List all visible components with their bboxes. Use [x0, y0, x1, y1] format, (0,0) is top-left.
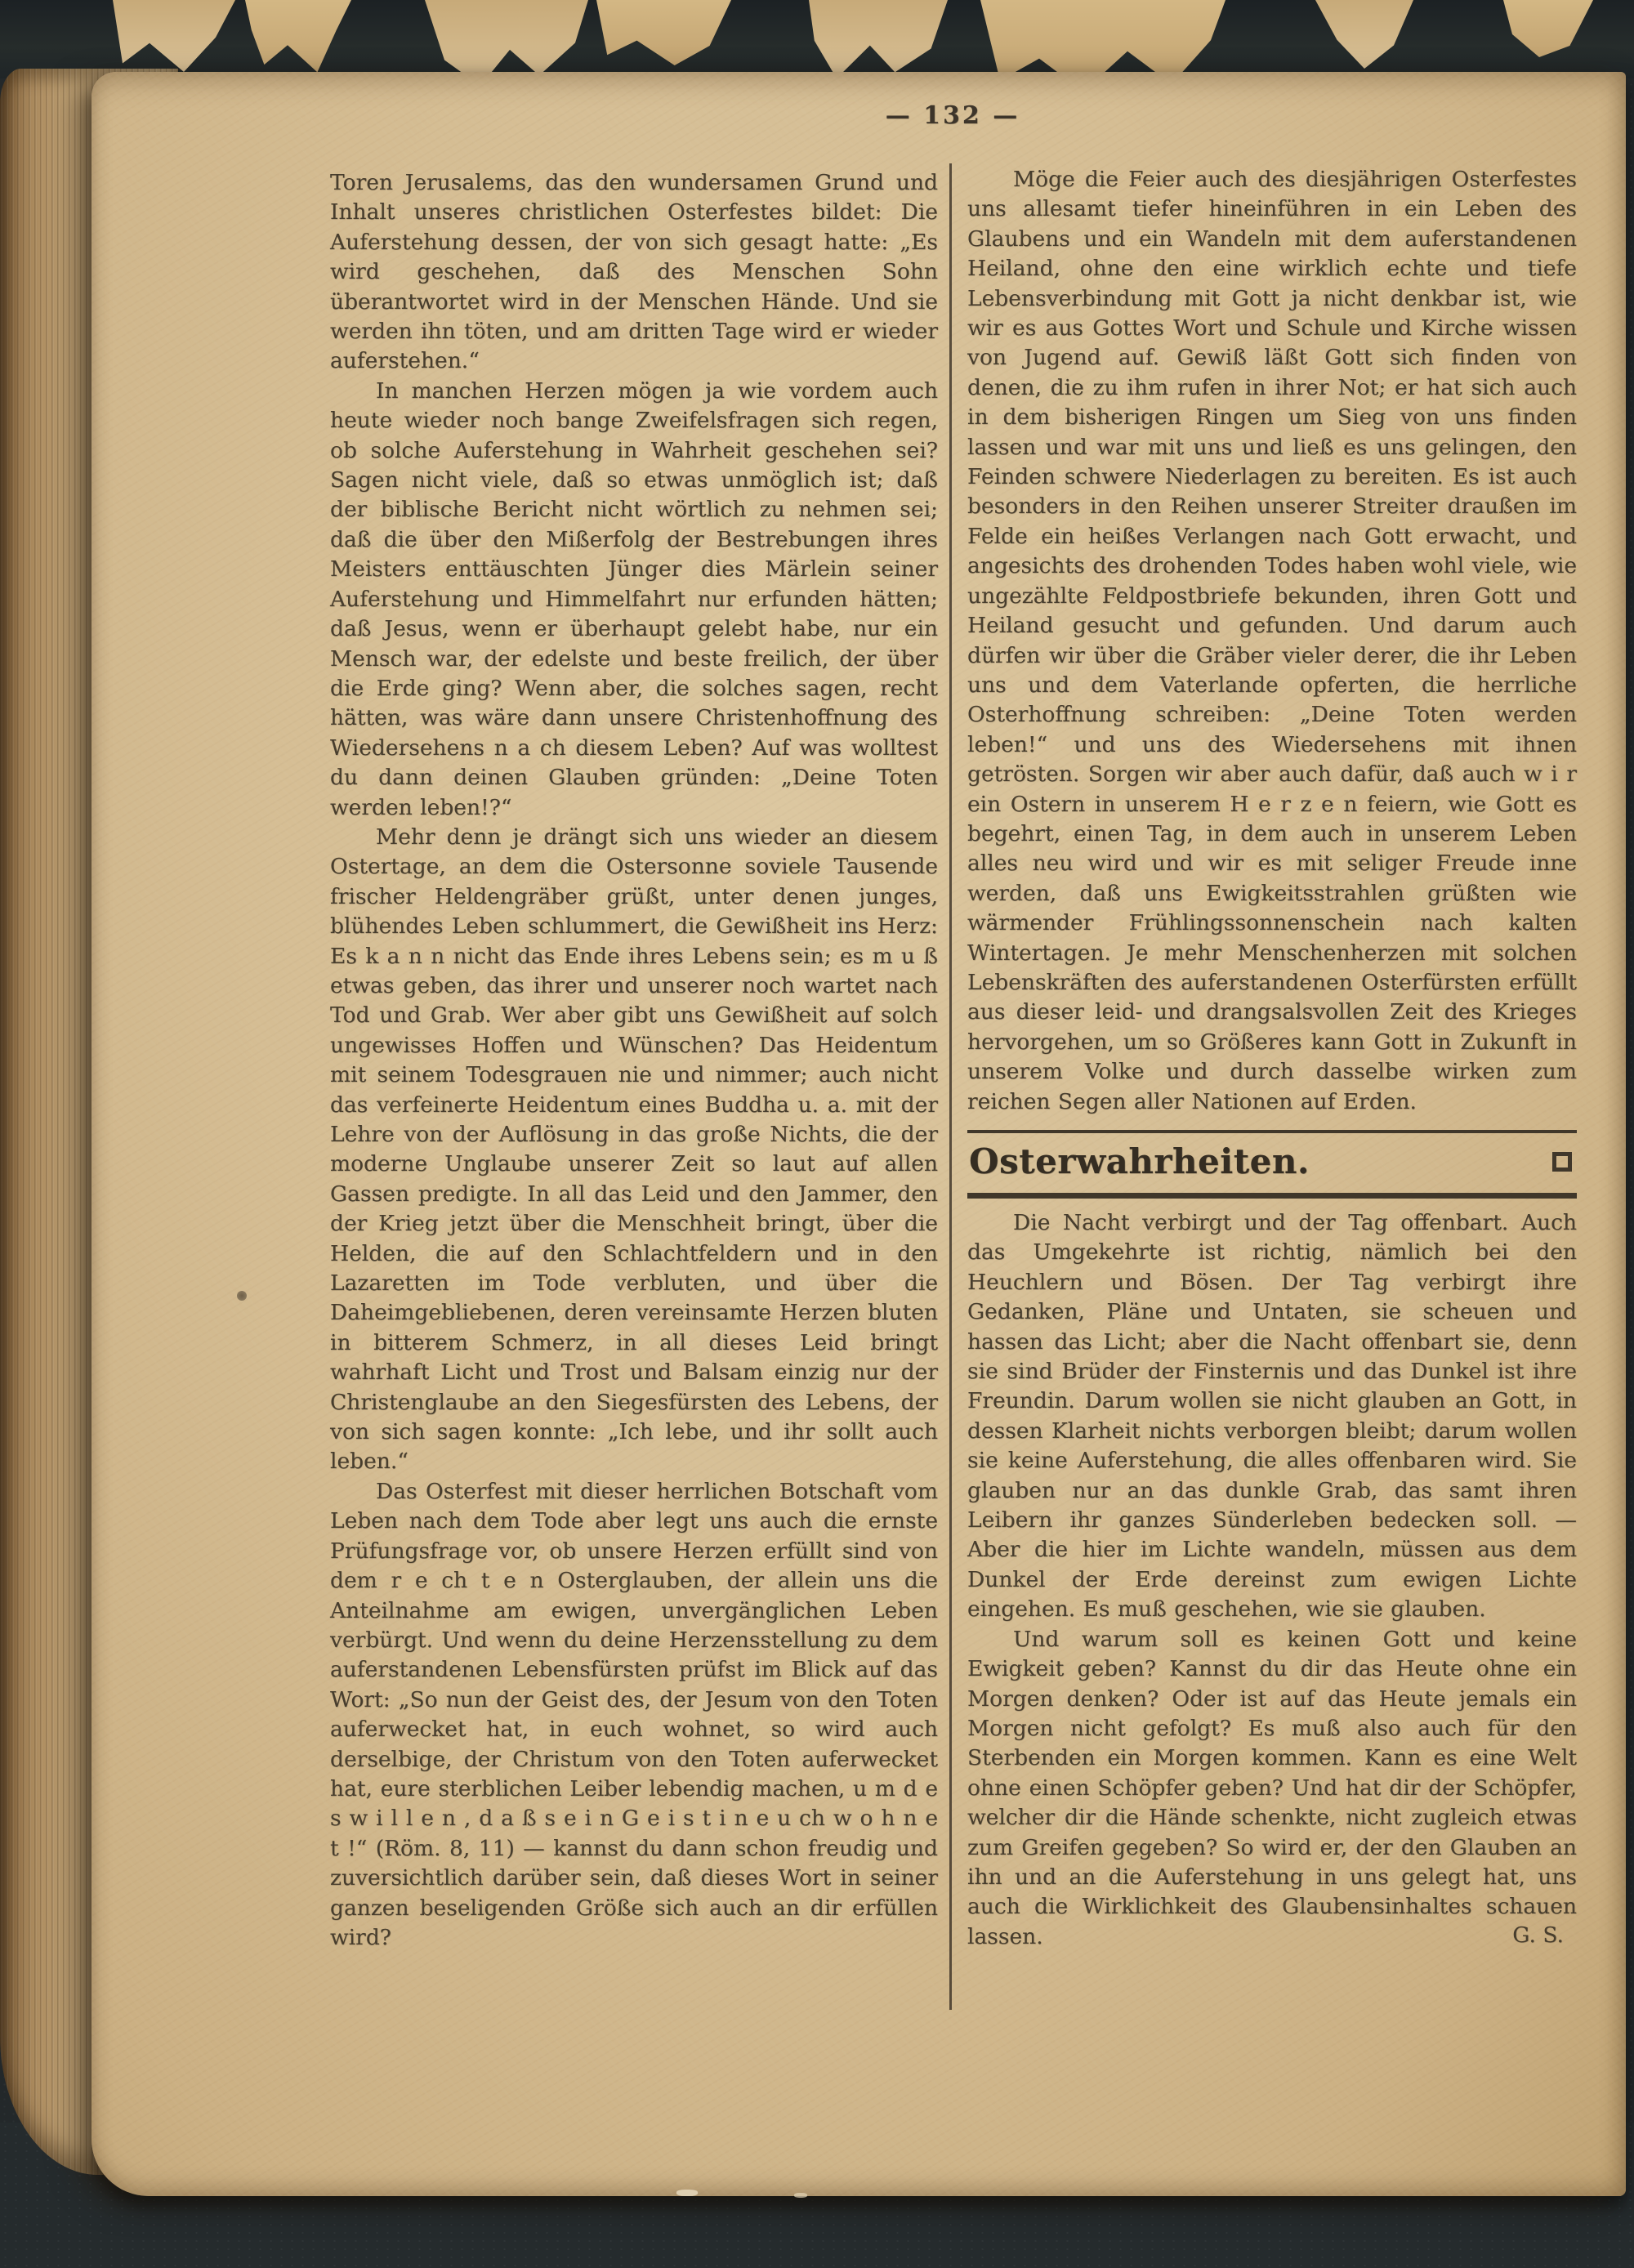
- book-scan: — 132 — Toren Jerusalems, das den wunder…: [0, 0, 1634, 2268]
- author-initials: G. S.: [967, 1922, 1577, 1948]
- column-divider: [949, 163, 952, 2010]
- paragraph: Mehr denn je drängt sich uns wieder an d…: [330, 823, 938, 1477]
- page-number: — 132 —: [331, 101, 1574, 130]
- paper-speck: [676, 2190, 698, 2196]
- paragraph: Und warum soll es keinen Gott und keine …: [967, 1625, 1577, 1952]
- paper-spot: [237, 1291, 247, 1301]
- paragraph: Die Nacht verbirgt und der Tag offenbart…: [967, 1208, 1577, 1625]
- paragraph: Toren Jerusalems, das den wundersamen Gr…: [330, 168, 938, 377]
- paragraph: Das Osterfest mit dieser herrlichen Bots…: [330, 1477, 938, 1953]
- paragraph: In manchen Herzen mögen ja wie vordem au…: [330, 377, 938, 823]
- section-title: Osterwahrheiten.: [969, 1141, 1310, 1181]
- square-marker-icon: [1552, 1152, 1572, 1172]
- paper-speck: [794, 2193, 807, 2198]
- book-page: — 132 — Toren Jerusalems, das den wunder…: [92, 72, 1626, 2196]
- left-column: Toren Jerusalems, das den wundersamen Gr…: [330, 168, 938, 1953]
- section-header: Osterwahrheiten.: [967, 1130, 1577, 1199]
- right-column: Möge die Feier auch des diesjährigen Ost…: [967, 165, 1577, 1948]
- paragraph: Möge die Feier auch des diesjährigen Ost…: [967, 165, 1577, 1117]
